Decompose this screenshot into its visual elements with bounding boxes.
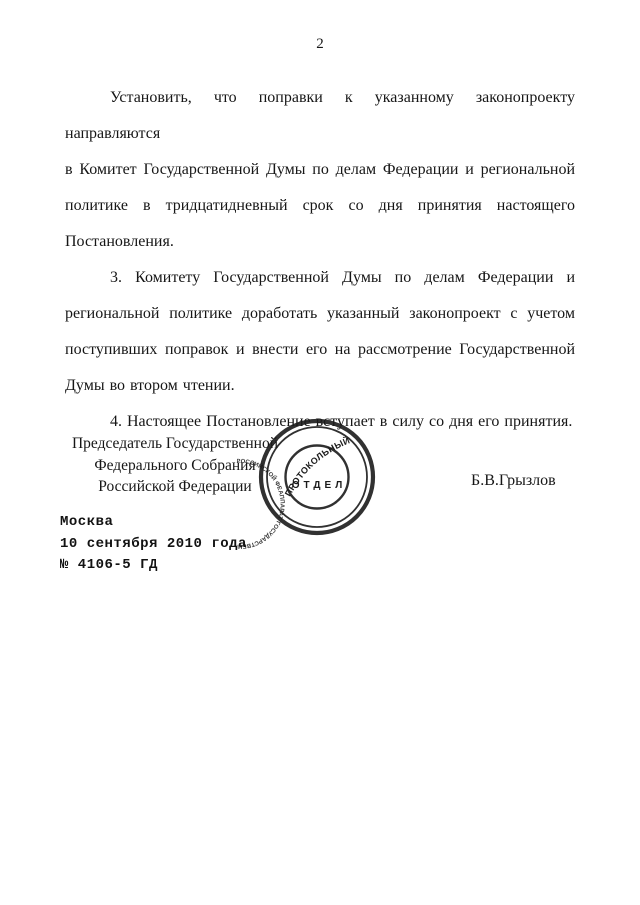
page-number: 2 bbox=[0, 36, 640, 53]
paragraph2-line: политике в тридцатидневный срок со дня п… bbox=[65, 188, 575, 224]
footer-doc-number: № 4106-5 ГД bbox=[60, 555, 247, 577]
paragraph3-line: поступивших поправок и внести его на рас… bbox=[65, 332, 575, 368]
paragraph3-line: региональной политике доработать указанн… bbox=[65, 296, 575, 332]
paragraph2-line: Установить, что поправки к указанному за… bbox=[65, 80, 575, 152]
footer-date: 10 сентября 2010 года bbox=[60, 534, 247, 556]
paragraph2-line: в Комитет Государственной Думы по делам … bbox=[65, 152, 575, 188]
document-body: Установить, что поправки к указанному за… bbox=[65, 80, 575, 440]
paragraph2-line: Постановления. bbox=[65, 224, 575, 260]
protocol-department-stamp-icon: АППАРАТ ГОСУДАРСТВЕННОЙ ДУМЫ ФЕДЕРАЛЬНОГ… bbox=[237, 397, 397, 557]
paragraph3-line: 3. Комитету Государственной Думы по дела… bbox=[65, 260, 575, 296]
stamp-inner-label: ОТДЕЛ bbox=[292, 480, 346, 491]
signer-name: Б.В.Грызлов bbox=[471, 472, 556, 490]
footer-city: Москва bbox=[60, 512, 247, 534]
footer-block: Москва 10 сентября 2010 года № 4106-5 ГД bbox=[60, 512, 247, 577]
